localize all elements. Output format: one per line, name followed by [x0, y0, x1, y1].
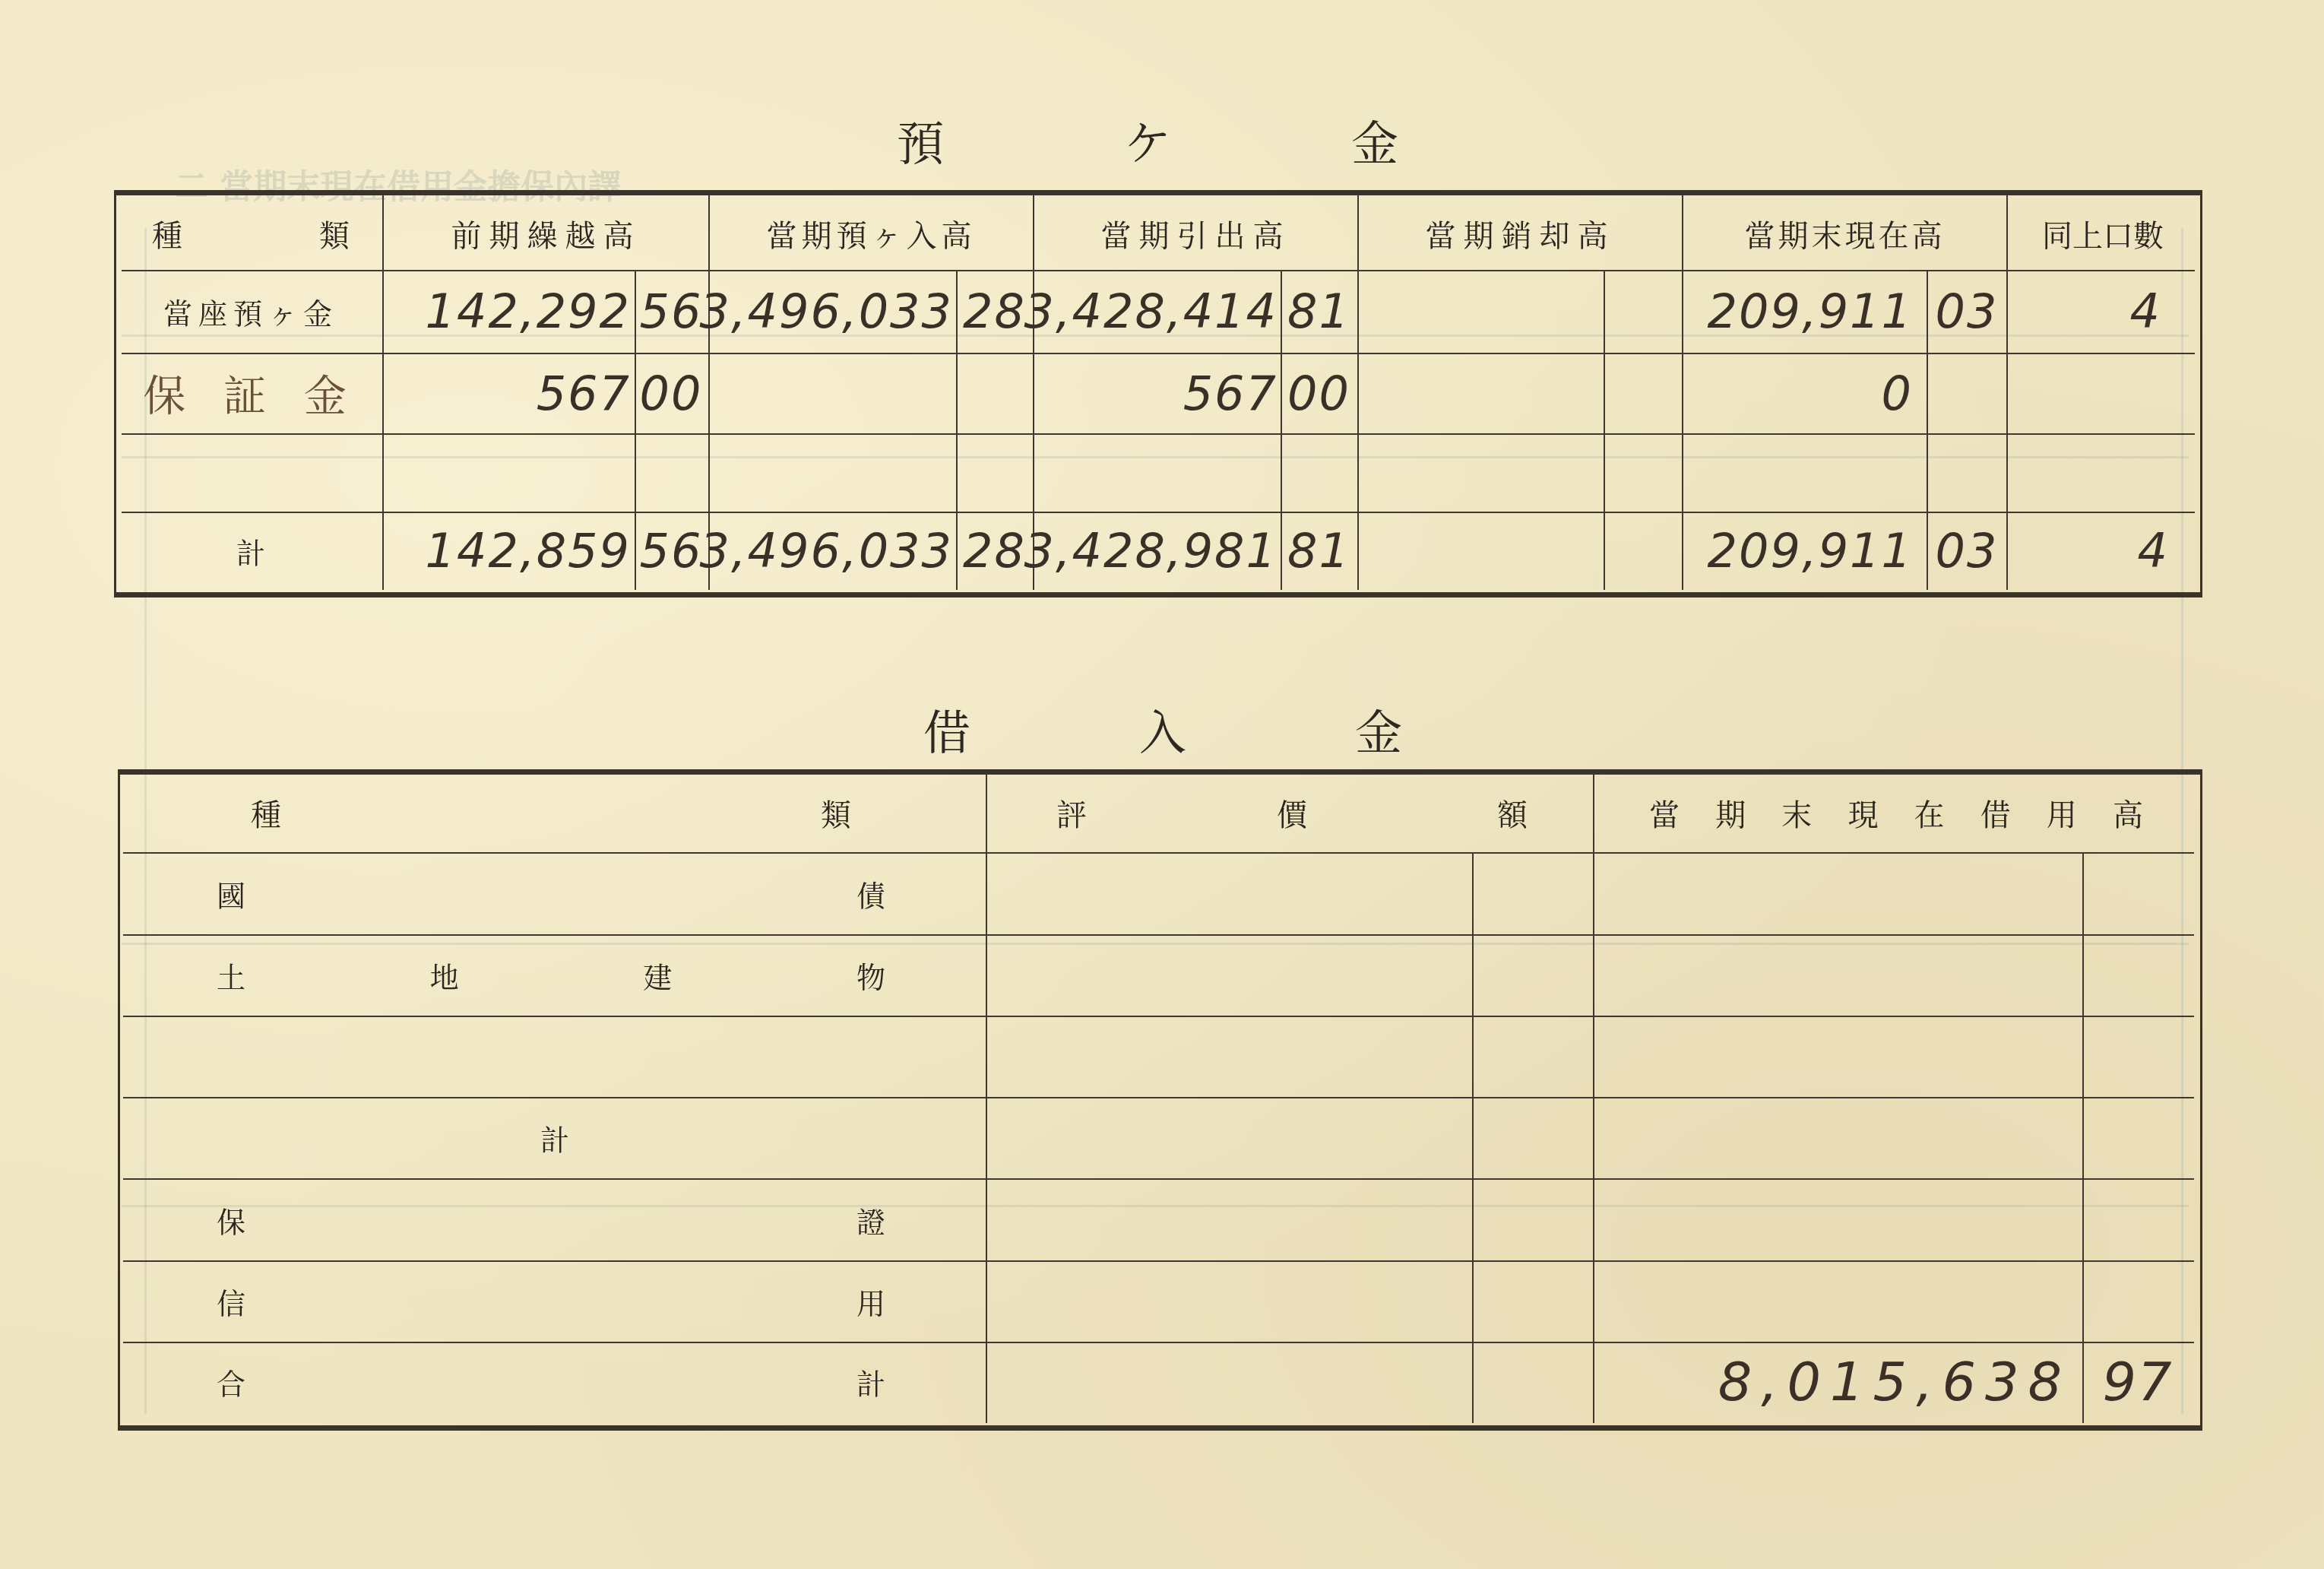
header-char: 現 [1847, 791, 1878, 835]
row-type-current-deposit: 當座預ヶ金 [129, 271, 372, 351]
title-char: 入 [1139, 696, 1186, 763]
header-char: 期 [1715, 791, 1746, 835]
label-char: 計 [856, 1361, 885, 1403]
prev-yen: 142,292 [388, 271, 631, 351]
row-type-guaranteed: 保 證 [217, 1180, 885, 1259]
header-char: 類 [821, 791, 851, 835]
column-divider [986, 775, 987, 1423]
header-char: 類 [319, 212, 350, 255]
label-char: 地 [430, 954, 459, 996]
prev-yen: 567 [388, 354, 631, 432]
label-char: 物 [856, 954, 885, 996]
end-yen: 0 [1685, 354, 1913, 432]
in-yen: 3,496,033 [711, 271, 953, 351]
label-char: 用 [856, 1280, 885, 1322]
total-prev-sen: 56 [637, 513, 705, 588]
accounts-count: 4 [2009, 271, 2161, 351]
title-char: 金 [1355, 696, 1402, 763]
header-type: 種 類 [251, 775, 851, 850]
row-type-subtotal: 計 [532, 1098, 578, 1177]
header-char: 種 [152, 212, 182, 255]
grand-total-sen: 97 [2085, 1343, 2191, 1420]
sen-divider [956, 270, 958, 590]
header-char: 借 [1980, 791, 2011, 835]
out-yen: 3,428,414 [1036, 271, 1278, 351]
header-char: 高 [2113, 791, 2143, 835]
total-end-yen: 209,911 [1685, 513, 1913, 588]
out-sen: 81 [1283, 271, 1355, 351]
out-yen: 567 [1036, 354, 1278, 432]
header-char: 額 [1497, 791, 1528, 835]
total-prev-yen: 142,859 [388, 513, 631, 588]
row-type-credit: 信 用 [217, 1262, 885, 1340]
row-type-total: 計 [228, 513, 274, 588]
column-divider [1593, 775, 1594, 1423]
total-in-yen: 3,496,033 [711, 513, 953, 588]
row-type-land-buildings: 土 地 建 物 [217, 936, 885, 1014]
out-sen: 00 [1283, 354, 1355, 432]
row-type-national-bonds: 國 債 [217, 854, 885, 933]
header-withdrawals: 當期引出高 [1034, 199, 1357, 268]
sen-divider [2082, 852, 2084, 1423]
title-char: 金 [1351, 106, 1398, 174]
total-in-sen: 28 [958, 513, 1031, 588]
total-end-sen: 03 [1929, 513, 2005, 588]
label-char: 建 [643, 954, 672, 996]
row-type-grand-total: 合 計 [217, 1343, 885, 1420]
in-sen: 28 [958, 271, 1031, 351]
header-deposits-in: 當期預ヶ入高 [710, 199, 1033, 268]
label-char: 合 [217, 1361, 245, 1403]
sen-divider [1281, 270, 1282, 590]
row-divider [123, 1097, 2194, 1098]
header-accounts: 同上口數 [2008, 199, 2198, 268]
sen-divider [1927, 270, 1928, 590]
prev-sen: 00 [637, 354, 705, 432]
header-char: 當 [1649, 791, 1680, 835]
header-ending-borrowed: 當 期 末 現 在 借 用 高 [1649, 775, 2143, 850]
header-prev-balance: 前期繰越高 [384, 199, 708, 268]
header-char: 評 [1056, 791, 1087, 835]
header-char: 種 [251, 791, 281, 835]
header-written-off: 當期銷却高 [1359, 199, 1682, 268]
header-char: 用 [2047, 791, 2077, 835]
header-char: 末 [1781, 791, 1812, 835]
row-divider [122, 433, 2195, 435]
total-accounts: 4 [2009, 513, 2169, 588]
header-ending-balance: 當期末現在高 [1683, 199, 2006, 268]
deposits-title: 預 ケ 金 [897, 106, 1398, 174]
total-out-yen: 3,428,981 [1036, 513, 1278, 588]
label-char: 計 [540, 1117, 569, 1159]
sen-divider [1472, 852, 1474, 1423]
label-char: 土 [217, 954, 245, 996]
label-char: 國 [217, 873, 245, 914]
borrowings-title: 借 入 金 [923, 696, 1402, 763]
title-char: 借 [923, 696, 970, 763]
header-type: 種 類 [152, 199, 350, 268]
label-char: 保 [217, 1199, 245, 1241]
label-char: 債 [856, 873, 885, 914]
title-char: ケ [1124, 106, 1171, 174]
title-char: 預 [897, 106, 944, 174]
row-type-guarantee-deposit: 保 証 金 [137, 354, 365, 432]
grand-total-yen: 8,015,638 [1596, 1343, 2071, 1420]
sen-divider [635, 270, 636, 590]
header-char: 在 [1914, 791, 1945, 835]
end-yen: 209,911 [1685, 271, 1913, 351]
header-valuation: 評 價 額 [1056, 775, 1528, 850]
sen-divider [1604, 270, 1605, 590]
total-out-sen: 81 [1283, 513, 1355, 588]
end-sen: 03 [1929, 271, 2005, 351]
label-char: 信 [217, 1280, 245, 1322]
label-char: 證 [856, 1199, 885, 1241]
header-char: 價 [1277, 791, 1307, 835]
row-divider [123, 1016, 2194, 1017]
prev-sen: 56 [637, 271, 705, 351]
